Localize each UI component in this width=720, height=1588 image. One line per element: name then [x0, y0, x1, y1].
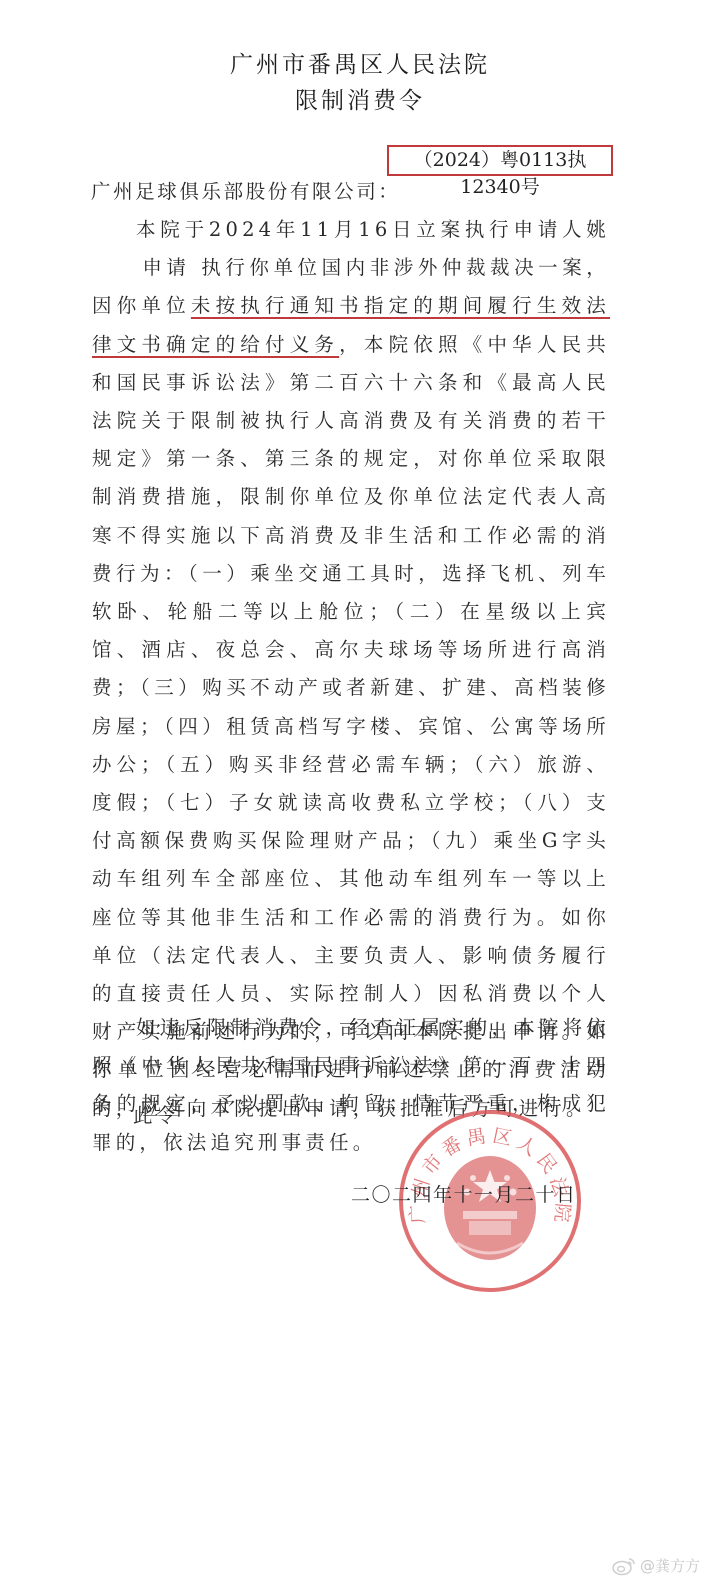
addressee: 广州足球俱乐部股份有限公司：: [91, 176, 400, 204]
weibo-icon: [612, 1556, 636, 1576]
case-number-box: （2024）粤0113执12340号: [387, 145, 613, 176]
paragraph-order-body: 本院于2024年11月16日立案执行申请人姚申请 执行你单位国内非涉外仲裁裁决一…: [92, 211, 610, 1128]
watermark-text: @龚方方: [640, 1555, 700, 1576]
paragraph-text-a: 本院于2024年11月16日立案执行申请人姚: [136, 218, 610, 241]
case-number: （2024）粤0113执12340号: [414, 149, 587, 198]
paragraph-text-c: ，本院依照《中华人民共和国民事诉讼法》第二百六十六条和《最高人民法院关于限制被执…: [92, 333, 610, 1120]
order-closing: 此令: [133, 1100, 178, 1128]
watermark: @龚方方: [612, 1555, 700, 1576]
court-name: 广州市番禺区人民法院: [0, 46, 720, 79]
document-title: 限制消费令: [0, 82, 720, 115]
issue-date: 二〇二四年十一月二十日: [351, 1180, 577, 1207]
